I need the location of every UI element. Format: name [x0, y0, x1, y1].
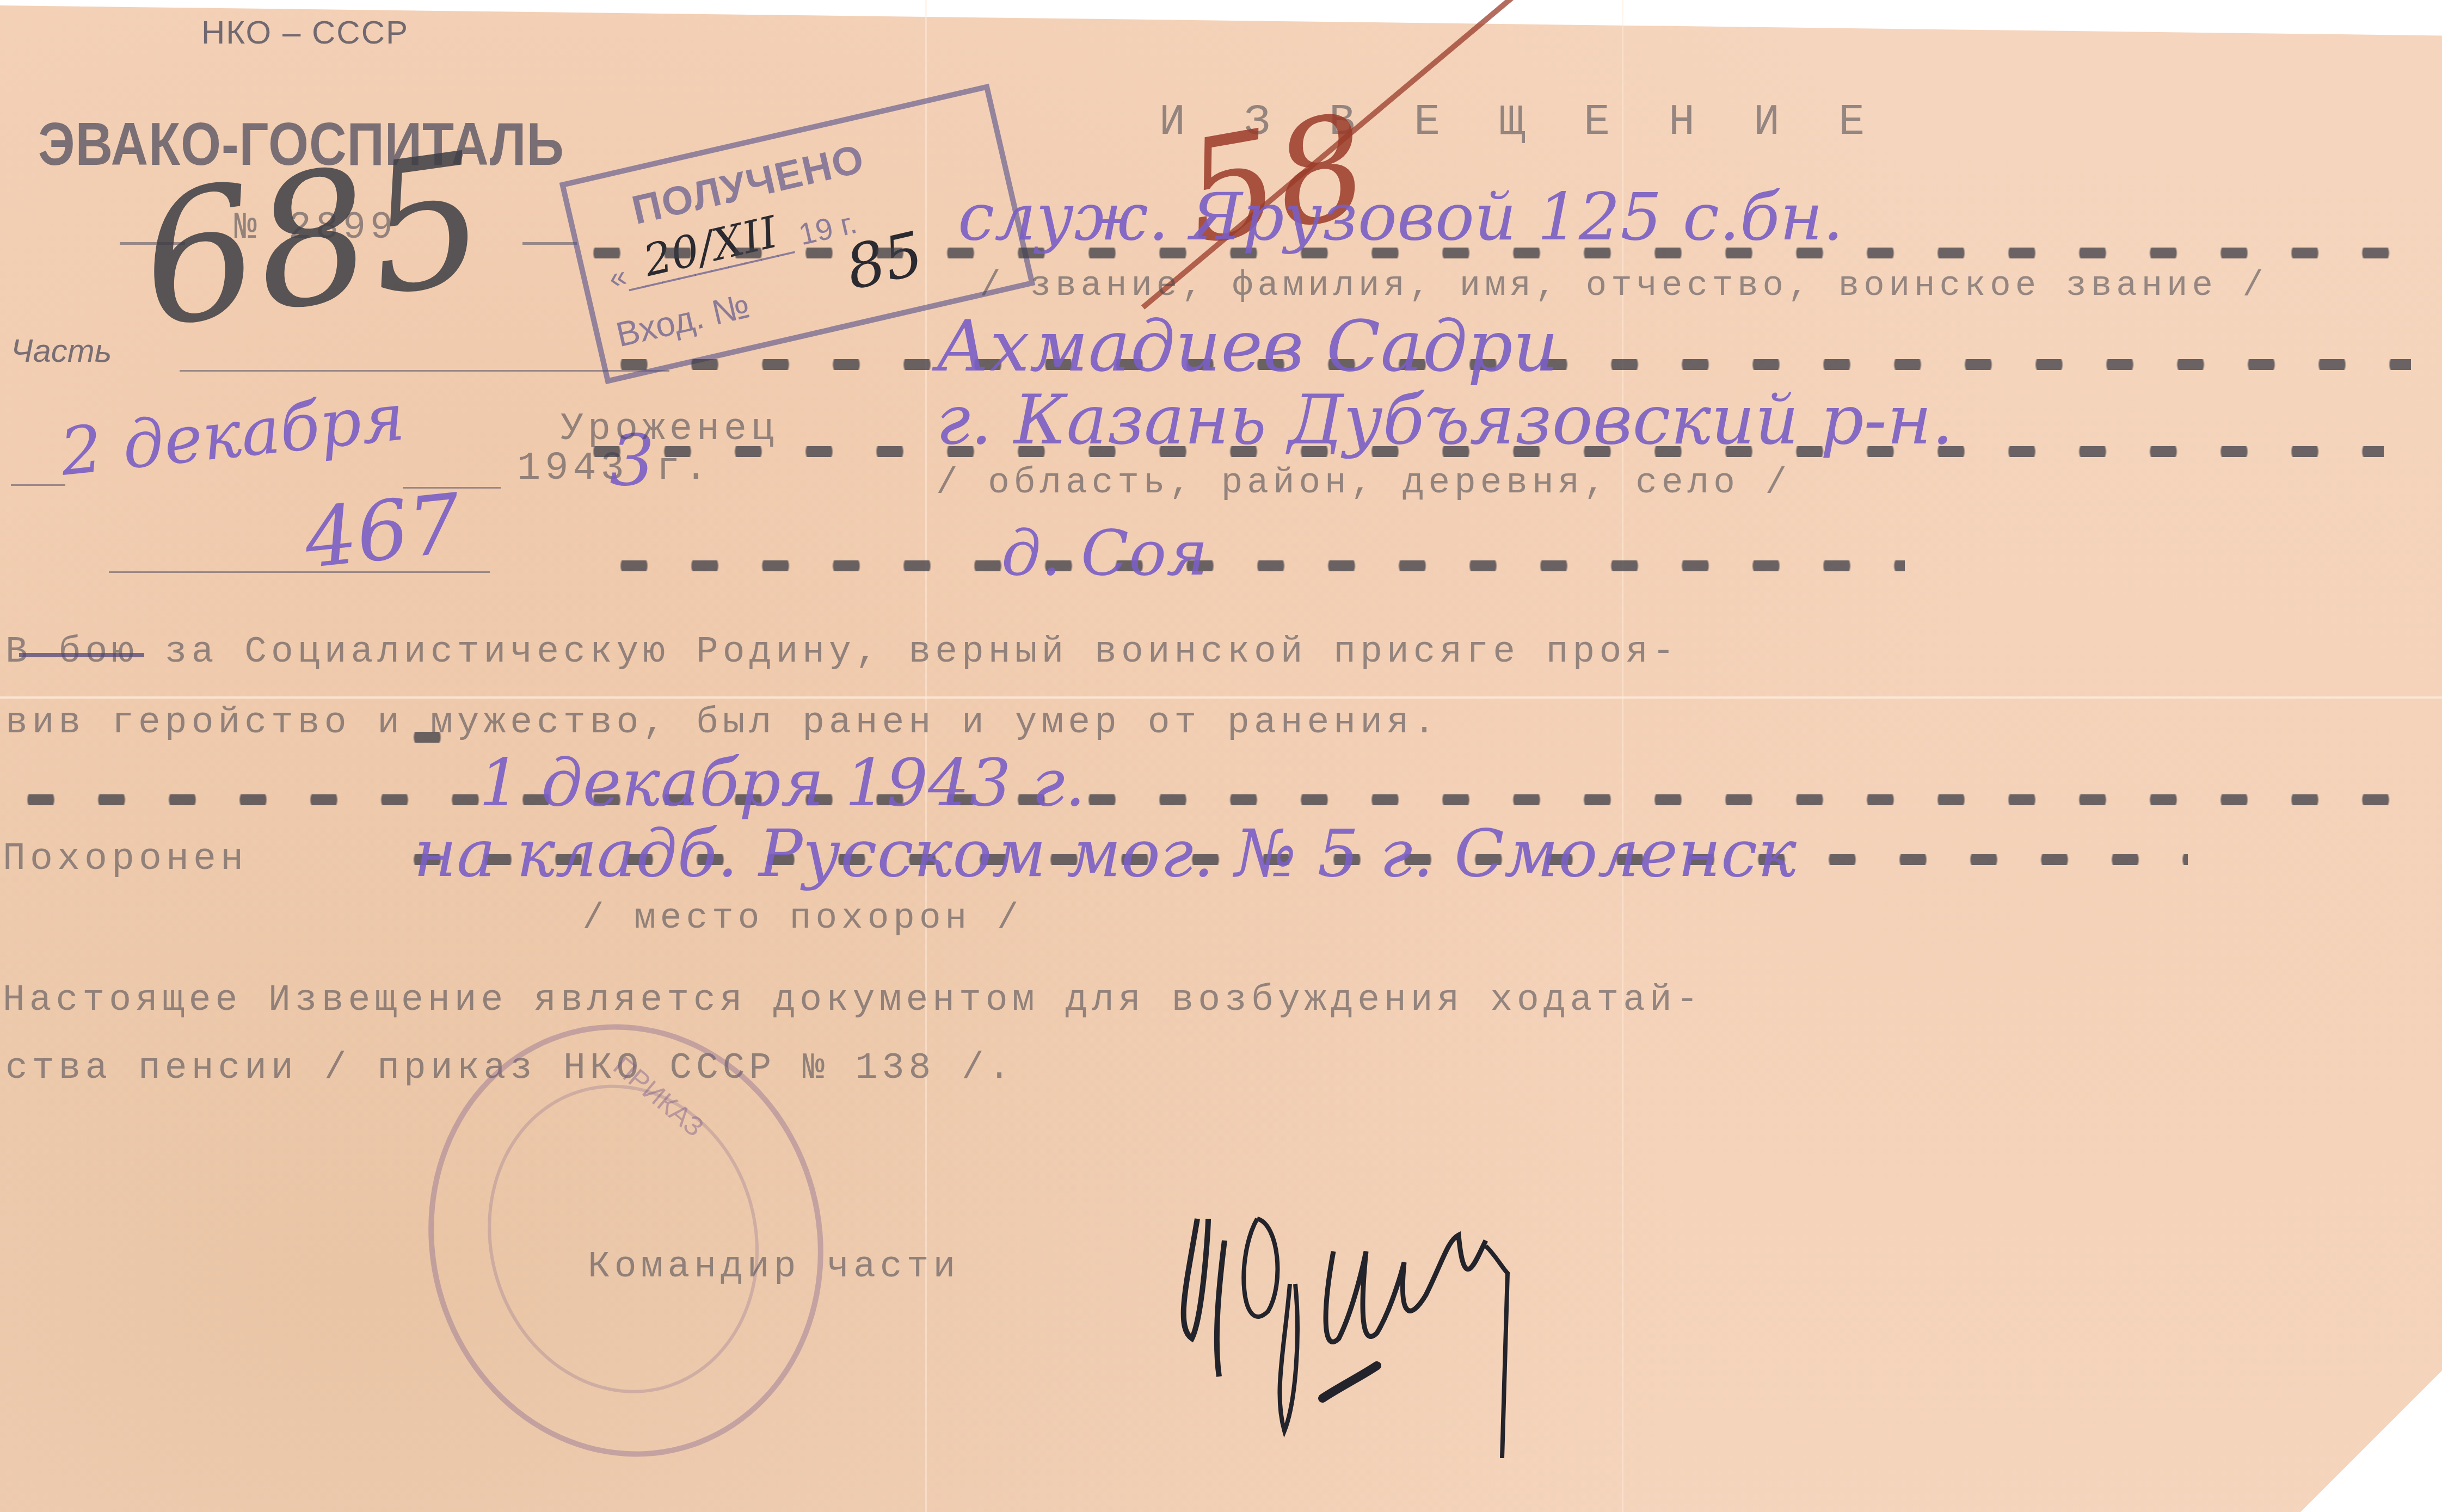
- folded-corner: [2300, 1371, 2442, 1512]
- part-label: Часть: [11, 332, 112, 369]
- soldier-name: Ахмадиев Садри: [936, 305, 1558, 387]
- death-date: 1 декабря 1943 г.: [479, 745, 1086, 821]
- rank-caption: / звание, фамилия, имя, отчество, воинск…: [980, 267, 2268, 306]
- burial-caption: / место похорон /: [582, 898, 1023, 939]
- birthplace-line-1: г. Казань Дубъязовский р-н.: [936, 381, 1953, 460]
- buried-label: Похоронен: [3, 838, 248, 881]
- birthplace-line-2: д. Соя: [1001, 517, 1208, 590]
- validity-line-1: Настоящее Извещение является документом …: [3, 979, 1703, 1021]
- recipient-rank-unit: служ. Ярузовой 125 с.бн.: [958, 180, 1843, 255]
- body-line-2: вив геройство и мужество, был ранен и ум…: [5, 702, 1440, 744]
- reference-number: 467: [300, 477, 465, 587]
- seal-emblem: [453, 1054, 792, 1424]
- burial-place: на кладб. Русском мог. № 5 г. Смоленск: [414, 816, 1797, 892]
- rule: [180, 370, 669, 372]
- commander-signature: [1159, 1175, 1867, 1502]
- origin-caption: / область, район, деревня, село /: [936, 462, 1791, 503]
- rule: [11, 484, 65, 486]
- native-label: Уроженец: [561, 408, 778, 451]
- body-line-1: В бою за Социалистическую Родину, верный…: [5, 631, 1679, 673]
- stamp-entry-label: Вход. №: [612, 285, 753, 355]
- rule: [522, 242, 577, 245]
- dotted-line: [599, 560, 1905, 571]
- fold-line: [0, 696, 2442, 699]
- dotted-line: [5, 794, 2411, 805]
- commander-label: Командир части: [588, 1246, 959, 1288]
- org-header: НКО – СССР: [201, 14, 409, 51]
- strikethrough: [19, 653, 144, 657]
